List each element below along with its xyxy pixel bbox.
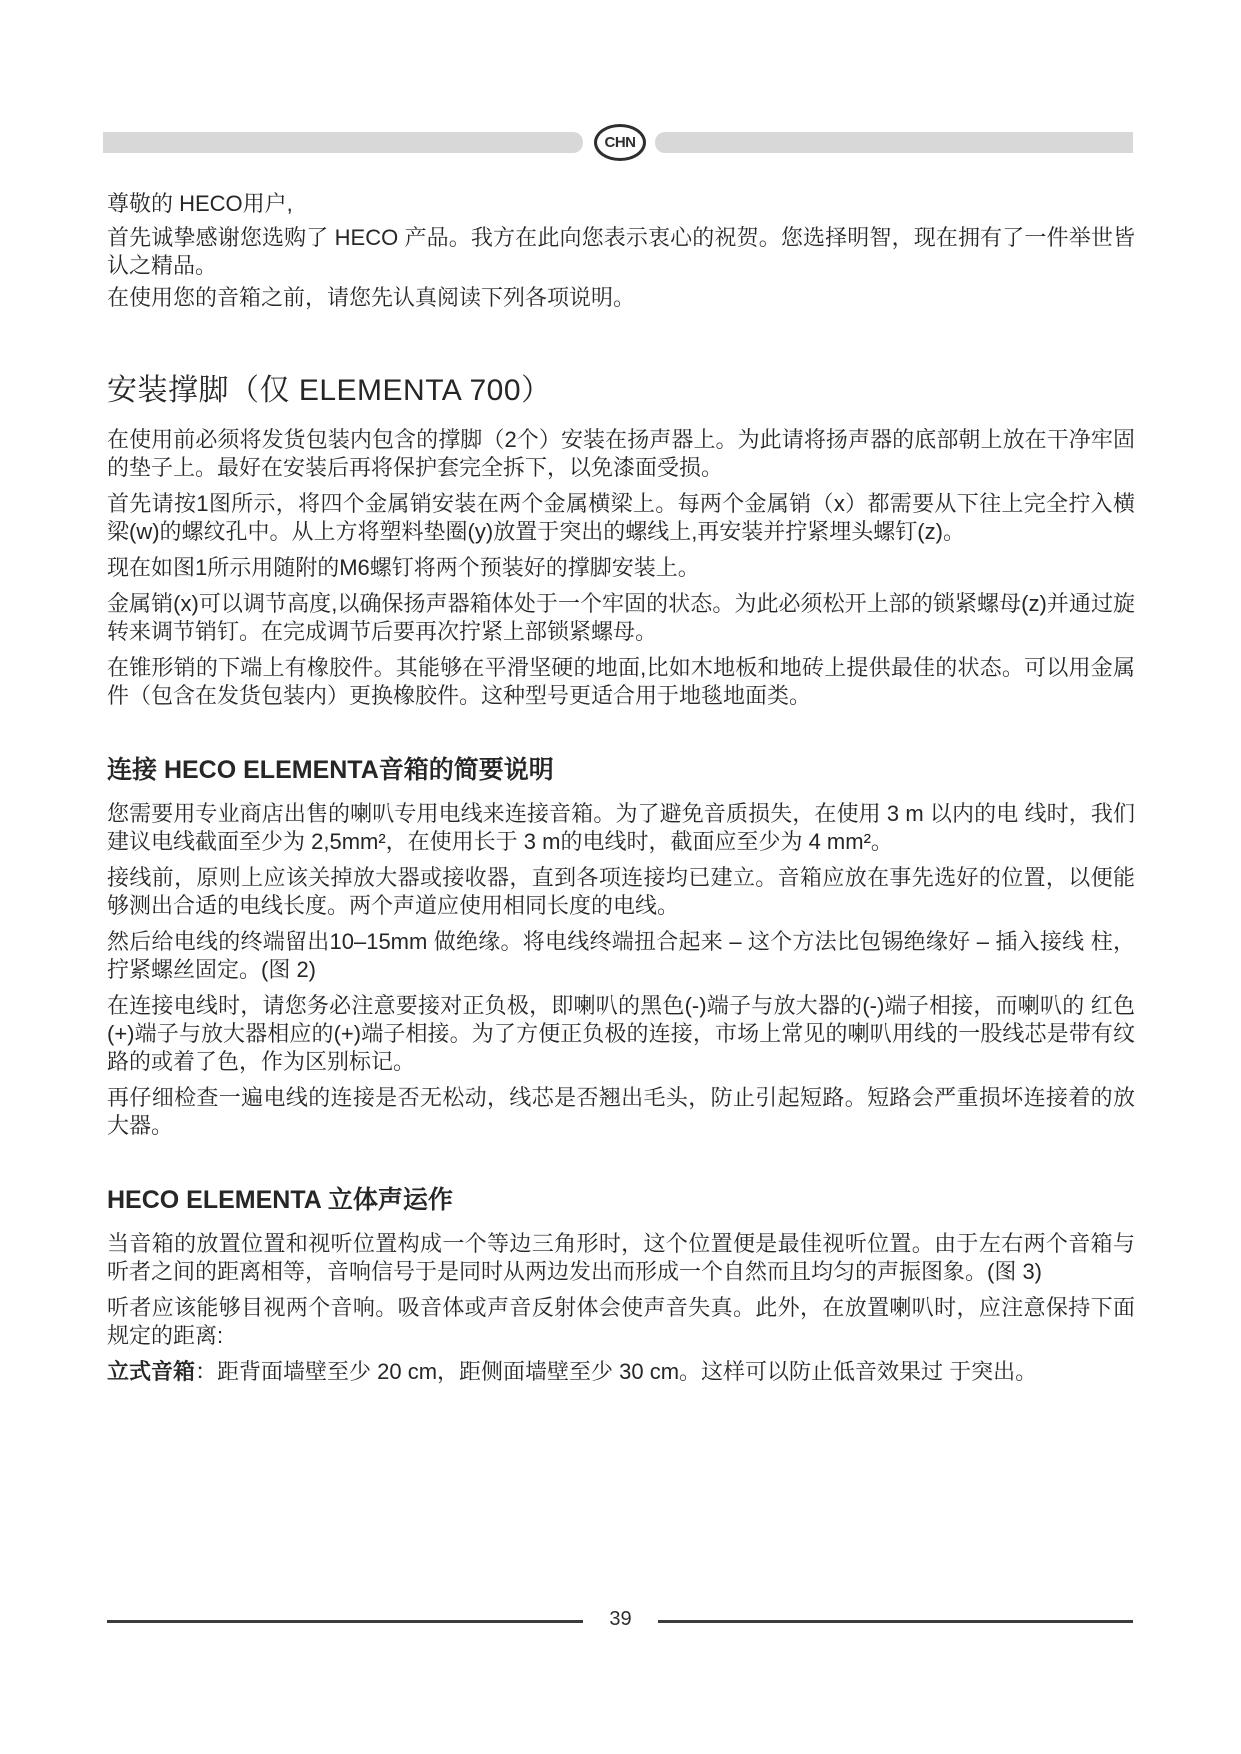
manual-page: CHN 尊敬的 HECO用户, 首先诚挚感谢您选购了 HECO 产品。我方在此向… [0, 0, 1241, 1754]
section-heading-connection: 连接 HECO ELEMENTA音箱的简要说明 [107, 754, 1135, 787]
paragraph: 现在如图1所示用随附的M6螺钉将两个预装好的撑脚安装上。 [107, 554, 1135, 582]
floorstander-term: 立式音箱 [107, 1359, 195, 1384]
footer-rule-left [107, 1620, 583, 1623]
header-rule-right [655, 132, 1133, 153]
page-content: 尊敬的 HECO用户, 首先诚挚感谢您选购了 HECO 产品。我方在此向您表示衷… [107, 190, 1135, 1386]
paragraph: 在使用前必须将发货包装内包含的撑脚（2个）安装在扬声器上。为此请将扬声器的底部朝… [107, 426, 1135, 482]
paragraph: 当音箱的放置位置和视听位置构成一个等边三角形时，这个位置便是最佳视听位置。由于左… [107, 1230, 1135, 1286]
paragraph: 立式音箱：距背面墙壁至少 20 cm，距侧面墙壁至少 30 cm。这样可以防止低… [107, 1358, 1135, 1386]
region-badge: CHN [594, 124, 646, 161]
section-heading-stereo: HECO ELEMENTA 立体声运作 [107, 1184, 1135, 1217]
intro-paragraph: 首先诚挚感谢您选购了 HECO 产品。我方在此向您表示衷心的祝贺。您选择明智，现… [107, 224, 1135, 280]
intro-paragraph: 在使用您的音箱之前，请您先认真阅读下列各项说明。 [107, 284, 1135, 312]
paragraph: 在连接电线时，请您务必注意要接对正负极，即喇叭的黑色(-)端子与放大器的(-)端… [107, 992, 1135, 1076]
paragraph: 听者应该能够目视两个音响。吸音体或声音反射体会使声音失真。此外，在放置喇叭时，应… [107, 1294, 1135, 1350]
paragraph: 在锥形销的下端上有橡胶件。其能够在平滑坚硬的地面,比如木地板和地砖上提供最佳的状… [107, 654, 1135, 710]
paragraph: 首先请按1图所示，将四个金属销安装在两个金属横梁上。每两个金属销（x）都需要从下… [107, 490, 1135, 546]
paragraph: 金属销(x)可以调节高度,以确保扬声器箱体处于一个牢固的状态。为此必须松开上部的… [107, 590, 1135, 646]
salutation: 尊敬的 HECO用户, [107, 190, 1135, 218]
page-number: 39 [583, 1608, 658, 1631]
paragraph: 再仔细检查一遍电线的连接是否无松动，线芯是否翘出毛头，防止引起短路。短路会严重损… [107, 1084, 1135, 1140]
section-heading-feet-install: 安装撑脚（仅 ELEMENTA 700） [107, 372, 1135, 410]
header-rule-left [103, 132, 583, 153]
paragraph: 您需要用专业商店出售的喇叭专用电线来连接音箱。为了避免音质损失，在使用 3 m … [107, 800, 1135, 856]
footer-rule-right [658, 1620, 1133, 1623]
region-badge-label: CHN [605, 134, 636, 151]
floorstander-text: ：距背面墙壁至少 20 cm，距侧面墙壁至少 30 cm。这样可以防止低音效果过… [195, 1359, 1037, 1384]
paragraph: 然后给电线的终端留出10–15mm 做绝缘。将电线终端扭合起来 – 这个方法比包… [107, 928, 1135, 984]
paragraph: 接线前，原则上应该关掉放大器或接收器，直到各项连接均已建立。音箱应放在事先选好的… [107, 864, 1135, 920]
